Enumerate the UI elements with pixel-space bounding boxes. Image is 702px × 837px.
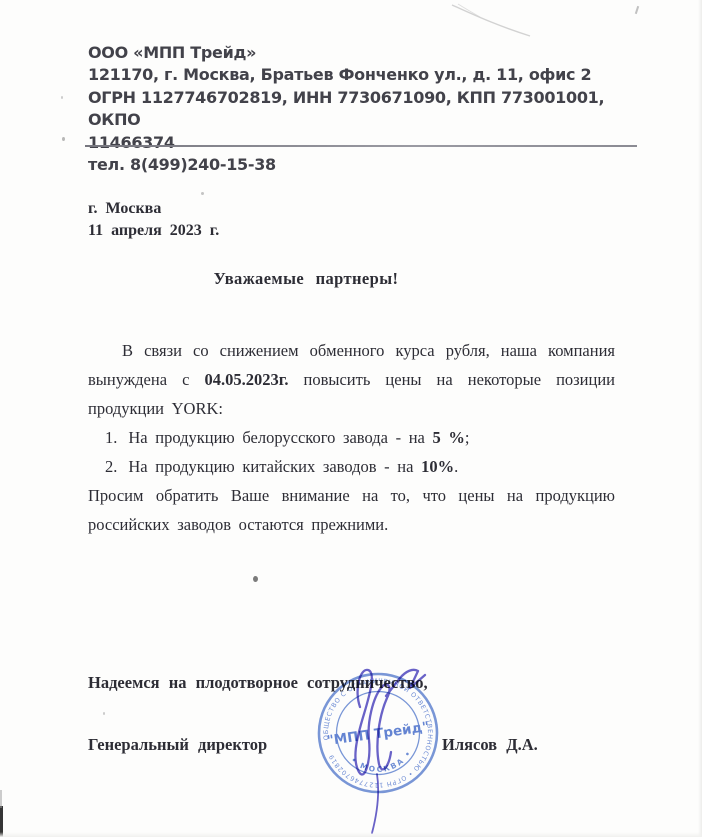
list-item-text: На продукцию белорусского завода - на 5 … <box>128 428 469 447</box>
director-signature <box>330 652 450 837</box>
price-list: 1.На продукцию белорусского завода - на … <box>88 423 615 481</box>
letterhead-line: ОГРН 1127746702819, ИНН 7730671090, КПП … <box>88 87 648 132</box>
body-line: продукции YORK: <box>88 394 615 423</box>
list-item-number: 2. <box>105 457 117 476</box>
list-item: 1.На продукцию белорусского завода - на … <box>88 423 615 452</box>
city-line: г. Москва <box>88 198 219 220</box>
scan-speck <box>62 137 65 141</box>
body-line: В связи со снижением обменного курса руб… <box>88 336 615 365</box>
signer-position: Генеральный директор <box>88 735 267 755</box>
list-item-number: 1. <box>105 428 117 447</box>
body-line: Просим обратить Ваше внимание на то, что… <box>88 481 615 510</box>
scan-tick-mark <box>635 6 639 14</box>
date-block: г. Москва 11 апреля 2023 г. <box>88 198 219 242</box>
signature-main-stroke <box>355 670 391 775</box>
letterhead-line: ООО «МПП Трейд» <box>88 42 648 64</box>
salutation: Уважаемые партнеры! <box>0 269 612 289</box>
signer-name: Илясов Д.А. <box>442 735 538 755</box>
scan-speck <box>253 576 258 582</box>
scan-speck <box>103 712 105 715</box>
scan-edge-shadow-fade <box>0 790 2 808</box>
letter-body: В связи со снижением обменного курса руб… <box>88 336 615 539</box>
letterhead-line: 11466374 <box>88 132 648 154</box>
body-line: вынуждена с 04.05.2023г. повысить цены н… <box>88 365 615 394</box>
letterhead-line: 121170, г. Москва, Братьев Фонченко ул.,… <box>88 64 648 86</box>
scan-speck <box>201 192 204 195</box>
list-item: 2.На продукцию китайских заводов - на 10… <box>88 452 615 481</box>
scan-scratch-mark <box>440 0 550 45</box>
paragraph-price-increase: В связи со снижением обменного курса руб… <box>88 336 615 423</box>
signature-tail-stroke <box>372 774 378 833</box>
scan-right-edge <box>698 0 702 837</box>
list-item-text: На продукцию китайских заводов - на 10%. <box>128 457 458 476</box>
paragraph-russian-plants: Просим обратить Ваше внимание на то, что… <box>88 481 615 539</box>
letterhead-line: тел. 8(499)240-15-38 <box>88 154 648 176</box>
signature-flourish-stroke <box>386 670 425 696</box>
scan-speck <box>61 96 63 99</box>
letter-page: ООО «МПП Трейд» 121170, г. Москва, Брать… <box>0 0 702 837</box>
date-line: 11 апреля 2023 г. <box>88 220 219 242</box>
body-line: российских заводов остаются прежними. <box>88 510 615 539</box>
scan-bottom-edge <box>0 832 702 837</box>
letterhead-divider <box>85 145 637 147</box>
letterhead: ООО «МПП Трейд» 121170, г. Москва, Брать… <box>88 42 648 176</box>
